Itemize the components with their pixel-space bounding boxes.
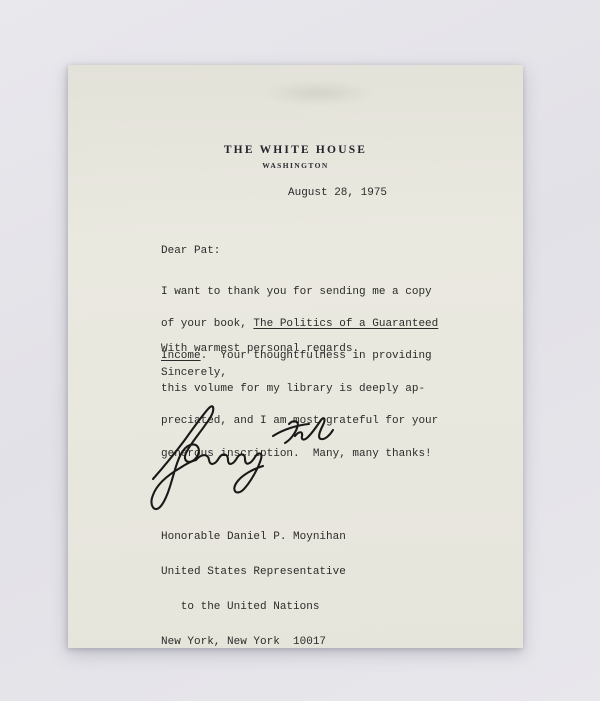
recipient-title-line-2: to the United Nations	[161, 602, 346, 614]
body-line: of your book, The Politics of a Guarante…	[161, 319, 438, 330]
body-line: I want to thank you for sending me a cop…	[161, 287, 438, 298]
recipient-name: Honorable Daniel P. Moynihan	[161, 532, 346, 544]
letterhead-subtitle: WASHINGTON	[68, 161, 523, 170]
date-line: August 28, 1975	[288, 187, 387, 199]
body-text: generous inscription. Many, many thanks!	[161, 448, 432, 460]
faint-emboss-mark	[263, 81, 373, 105]
letter-photo: THE WHITE HOUSE WASHINGTON August 28, 19…	[0, 0, 600, 701]
letterhead-title: THE WHITE HOUSE	[68, 144, 523, 156]
salutation-line: Dear Pat:	[161, 245, 220, 257]
body-line: generous inscription. Many, many thanks!	[161, 449, 438, 460]
recipient-address-block: Honorable Daniel P. Moynihan United Stat…	[161, 509, 346, 671]
recipient-title-line-1: United States Representative	[161, 567, 346, 579]
body-paragraph-2: With warmest personal regards.	[161, 343, 359, 355]
body-text: preciated, and I am most grateful for yo…	[161, 415, 438, 427]
body-text: of your book,	[161, 318, 253, 330]
recipient-city-line: New York, New York 10017	[161, 637, 346, 649]
closing-line: Sincerely,	[161, 367, 227, 379]
body-line: this volume for my library is deeply ap-	[161, 384, 438, 395]
letter-paper: THE WHITE HOUSE WASHINGTON August 28, 19…	[68, 65, 523, 648]
body-line: preciated, and I am most grateful for yo…	[161, 416, 438, 427]
book-title-underline: The Politics of a Guaranteed	[253, 318, 438, 330]
body-text: this volume for my library is deeply ap-	[161, 383, 425, 395]
body-text: I want to thank you for sending me a cop…	[161, 286, 432, 298]
